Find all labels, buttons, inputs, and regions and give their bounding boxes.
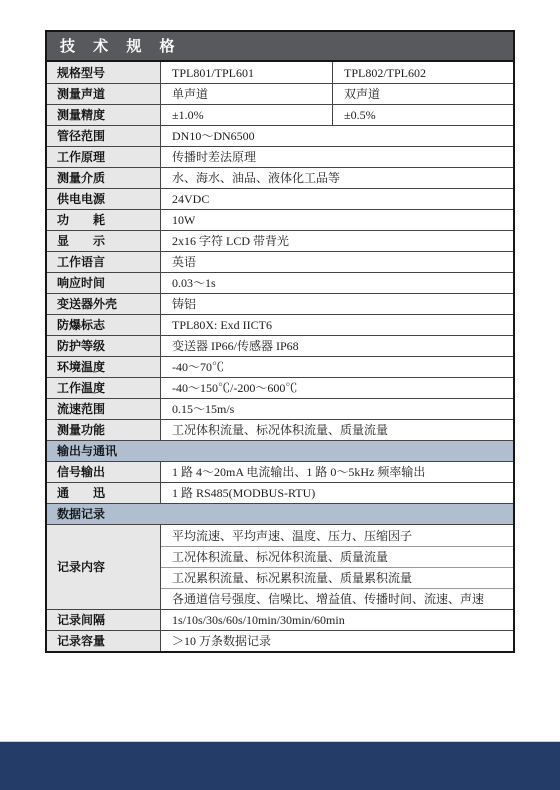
row-value: DN10～DN6500	[161, 126, 513, 146]
table-rows: 规格型号TPL801/TPL601TPL802/TPL602测量声道单声道双声道…	[47, 62, 513, 651]
spec-table: 技 术 规 格 规格型号TPL801/TPL601TPL802/TPL602测量…	[45, 30, 515, 653]
table-row: 通 迅1 路 RS485(MODBUS-RTU)	[47, 482, 513, 503]
table-row: 信号输出1 路 4～20mA 电流输出、1 路 0～5kHz 频率输出	[47, 461, 513, 482]
row-value: 10W	[161, 210, 513, 230]
row-label: 环境温度	[47, 357, 161, 377]
row-label: 防爆标志	[47, 315, 161, 335]
table-title: 技 术 规 格	[47, 32, 513, 62]
row-label: 流速范围	[47, 399, 161, 419]
row-value-line: 各通道信号强度、信噪比、增益值、传播时间、流速、声速	[161, 588, 513, 609]
row-value: ＞10 万条数据记录	[161, 631, 513, 651]
section-header: 数据记录	[47, 503, 513, 524]
row-label: 测量介质	[47, 168, 161, 188]
row-value: TPL80X: Exd IICT6	[161, 315, 513, 335]
row-value-col2: TPL802/TPL602	[333, 62, 513, 83]
row-value-line: 平均流速、平均声速、温度、压力、压缩因子	[161, 525, 513, 546]
row-value: 传播时差法原理	[161, 147, 513, 167]
table-row: 环境温度-40～70℃	[47, 356, 513, 377]
row-value: -40～150℃/-200～600℃	[161, 378, 513, 398]
table-row: 供电电源24VDC	[47, 188, 513, 209]
table-row: 记录间隔1s/10s/30s/60s/10min/30min/60min	[47, 609, 513, 630]
table-row: 流速范围0.15～15m/s	[47, 398, 513, 419]
table-row: 记录容量＞10 万条数据记录	[47, 630, 513, 651]
row-value: 0.03～1s	[161, 273, 513, 293]
row-value: 1s/10s/30s/60s/10min/30min/60min	[161, 610, 513, 630]
row-value: 英语	[161, 252, 513, 272]
row-value: 0.15～15m/s	[161, 399, 513, 419]
row-label: 工作温度	[47, 378, 161, 398]
row-value-col2: 双声道	[333, 84, 513, 104]
row-value-line: 工况体积流量、标况体积流量、质量流量	[161, 546, 513, 567]
row-value-col1: TPL801/TPL601	[161, 62, 333, 83]
row-value: 变送器 IP66/传感器 IP68	[161, 336, 513, 356]
table-row: 测量介质水、海水、油品、液体化工品等	[47, 167, 513, 188]
row-multi-values: 平均流速、平均声速、温度、压力、压缩因子工况体积流量、标况体积流量、质量流量工况…	[161, 525, 513, 609]
table-row: 显 示2x16 字符 LCD 带背光	[47, 230, 513, 251]
table-row: 变送器外壳铸铝	[47, 293, 513, 314]
table-row: 记录内容平均流速、平均声速、温度、压力、压缩因子工况体积流量、标况体积流量、质量…	[47, 524, 513, 609]
table-row: 防爆标志TPL80X: Exd IICT6	[47, 314, 513, 335]
row-label: 管径范围	[47, 126, 161, 146]
row-label: 记录容量	[47, 631, 161, 651]
row-value: 2x16 字符 LCD 带背光	[161, 231, 513, 251]
table-row: 功 耗10W	[47, 209, 513, 230]
row-value-col2: ±0.5%	[333, 105, 513, 125]
datasheet-page: 技 术 规 格 规格型号TPL801/TPL601TPL802/TPL602测量…	[0, 0, 560, 790]
table-row: 规格型号TPL801/TPL601TPL802/TPL602	[47, 62, 513, 83]
row-value: 铸铝	[161, 294, 513, 314]
row-value: 工况体积流量、标况体积流量、质量流量	[161, 420, 513, 440]
row-value: 1 路 4～20mA 电流输出、1 路 0～5kHz 频率输出	[161, 462, 513, 482]
row-label: 供电电源	[47, 189, 161, 209]
table-row: 测量精度±1.0%±0.5%	[47, 104, 513, 125]
table-row: 测量声道单声道双声道	[47, 83, 513, 104]
row-value-col1: 单声道	[161, 84, 333, 104]
table-row: 工作语言英语	[47, 251, 513, 272]
table-row: 响应时间0.03～1s	[47, 272, 513, 293]
row-label: 测量精度	[47, 105, 161, 125]
row-label: 变送器外壳	[47, 294, 161, 314]
row-label: 规格型号	[47, 62, 161, 83]
row-label: 通 迅	[47, 483, 161, 503]
table-row: 测量功能工况体积流量、标况体积流量、质量流量	[47, 419, 513, 440]
row-value-col1: ±1.0%	[161, 105, 333, 125]
row-label: 信号输出	[47, 462, 161, 482]
row-label: 记录间隔	[47, 610, 161, 630]
row-label: 显 示	[47, 231, 161, 251]
table-row: 工作原理传播时差法原理	[47, 146, 513, 167]
row-label: 工作原理	[47, 147, 161, 167]
row-label: 响应时间	[47, 273, 161, 293]
table-row: 管径范围DN10～DN6500	[47, 125, 513, 146]
row-value-line: 工况累积流量、标况累积流量、质量累积流量	[161, 567, 513, 588]
row-value: 24VDC	[161, 189, 513, 209]
row-label: 测量功能	[47, 420, 161, 440]
row-value: -40～70℃	[161, 357, 513, 377]
row-label: 功 耗	[47, 210, 161, 230]
row-label: 工作语言	[47, 252, 161, 272]
section-header: 输出与通讯	[47, 440, 513, 461]
row-label: 记录内容	[47, 525, 161, 609]
row-value: 水、海水、油品、液体化工品等	[161, 168, 513, 188]
footer-bar	[0, 741, 560, 790]
row-label: 测量声道	[47, 84, 161, 104]
table-row: 工作温度-40～150℃/-200～600℃	[47, 377, 513, 398]
row-label: 防护等级	[47, 336, 161, 356]
row-value: 1 路 RS485(MODBUS-RTU)	[161, 483, 513, 503]
table-row: 防护等级变送器 IP66/传感器 IP68	[47, 335, 513, 356]
